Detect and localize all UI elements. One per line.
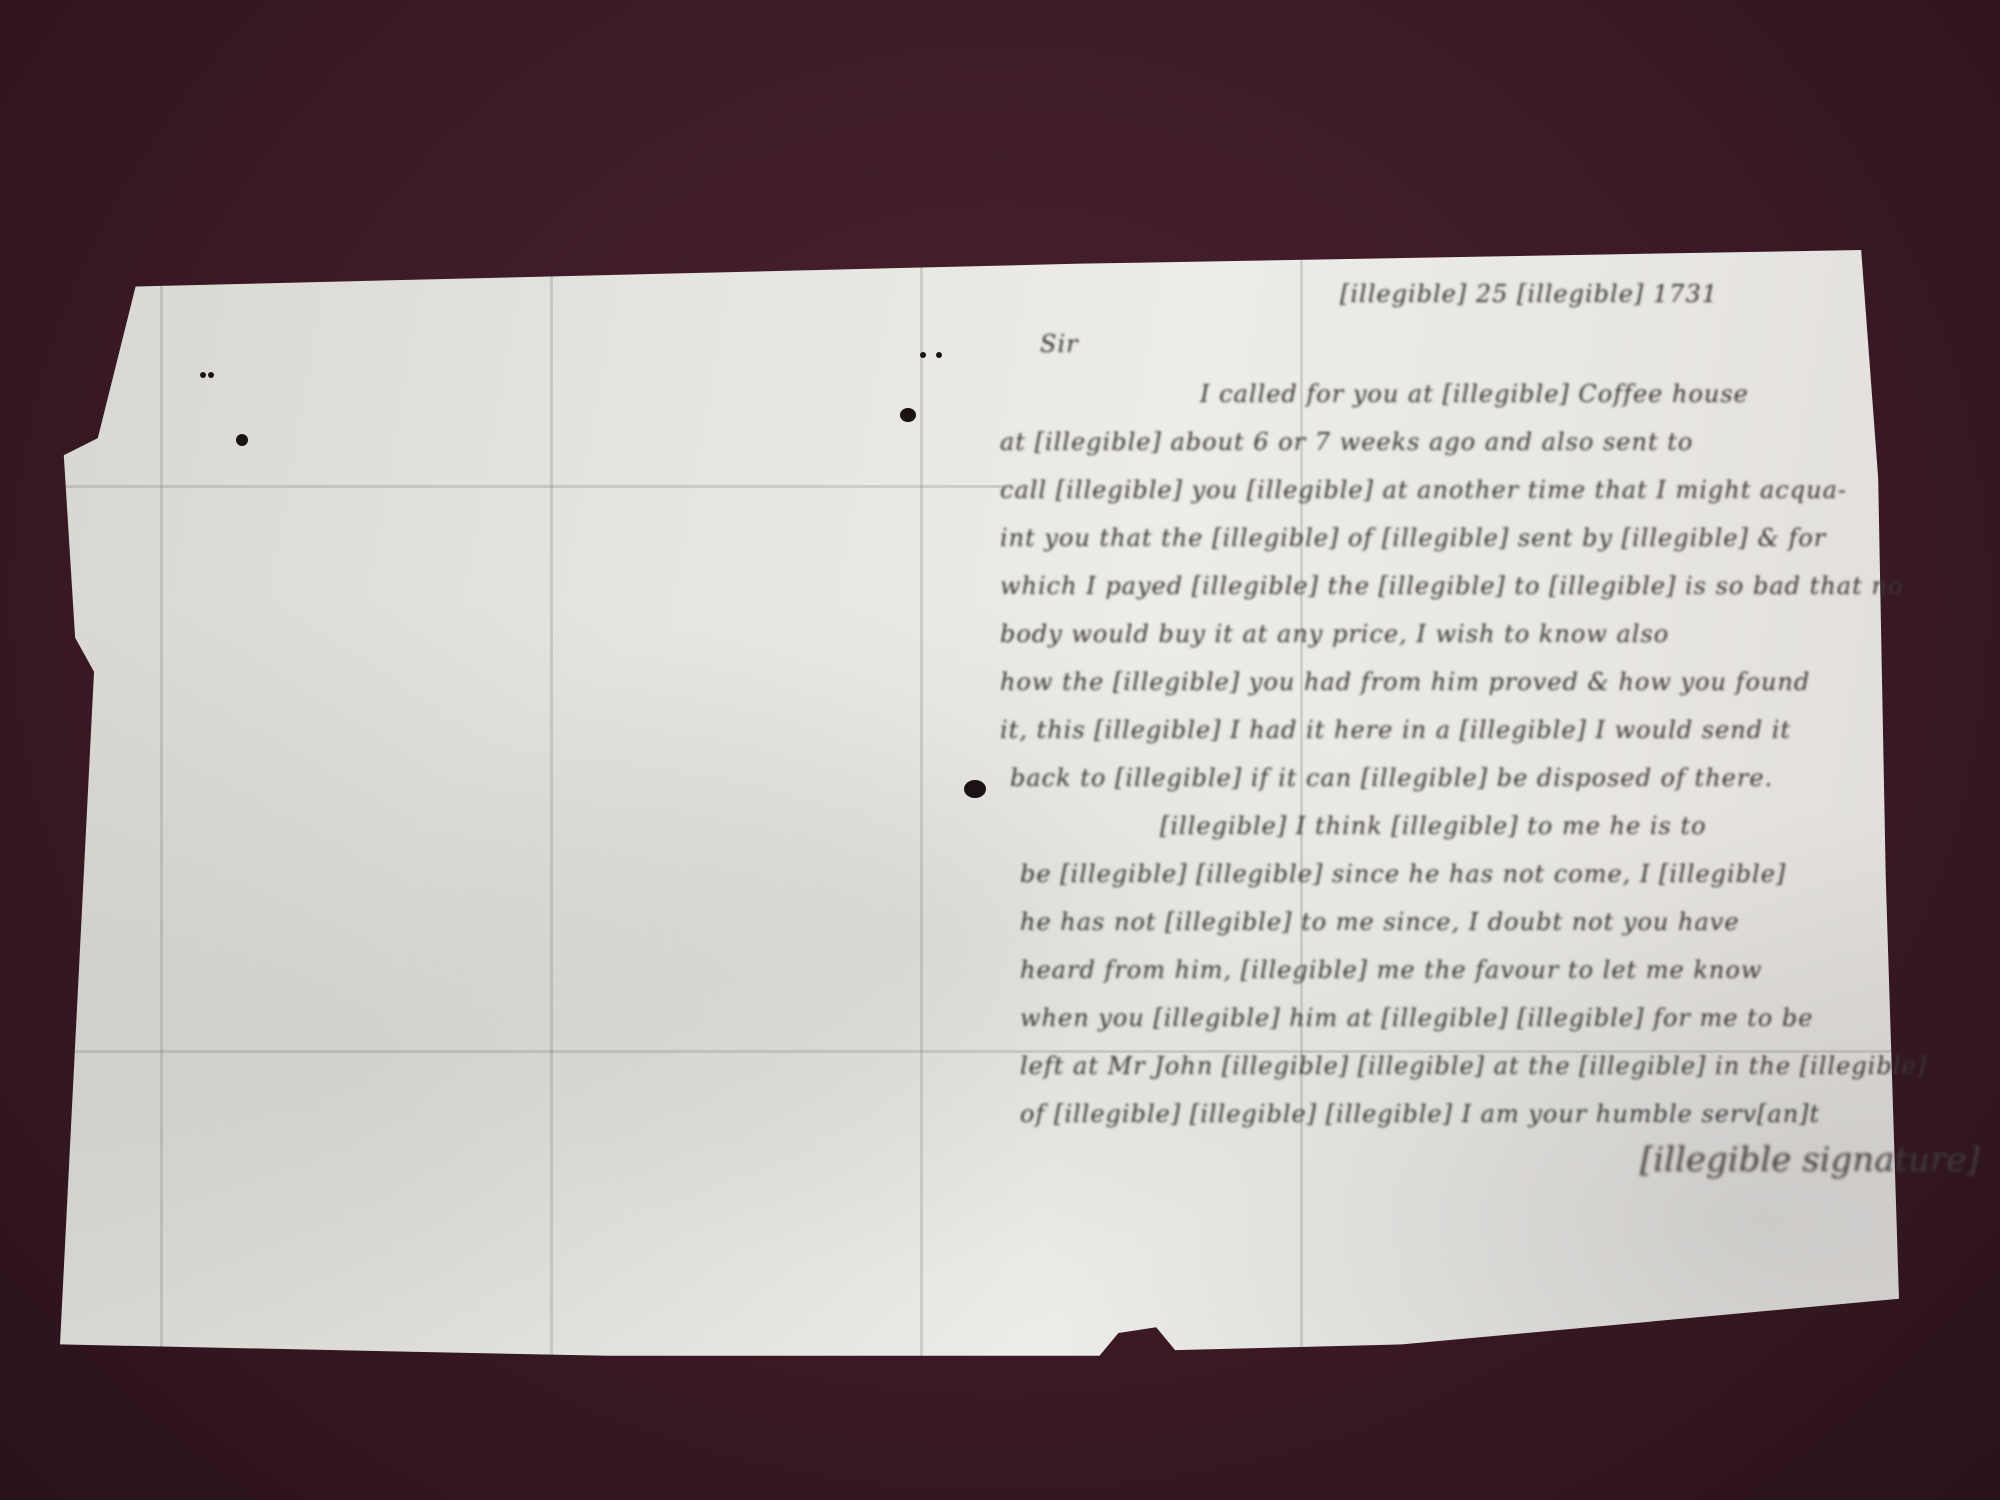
letter-line: at [illegible] about 6 or 7 weeks ago an… <box>1000 428 1693 456</box>
letter-line: how the [illegible] you had from him pro… <box>1000 668 1810 696</box>
pin-hole <box>920 352 926 358</box>
signature: [illegible signature] <box>1640 1140 1980 1180</box>
pin-hole <box>200 372 206 378</box>
fold-crease <box>550 250 553 1390</box>
pin-hole <box>208 372 214 378</box>
letter-line: be [illegible] [illegible] since he has … <box>1020 860 1786 888</box>
pin-hole <box>936 352 942 358</box>
letter-line: int you that the [illegible] of [illegib… <box>1000 524 1826 552</box>
letter-line: body would buy it at any price, I wish t… <box>1000 620 1669 648</box>
fold-crease <box>60 485 1005 488</box>
fold-crease <box>160 250 163 1390</box>
letter-line: I called for you at [illegible] Coffee h… <box>1200 380 1749 408</box>
fold-crease <box>920 250 923 1390</box>
letter-photograph: [illegible] 25 [illegible] 1731 Sir I ca… <box>0 0 2000 1500</box>
wax-mark <box>236 434 248 446</box>
letter-line: it, this [illegible] I had it here in a … <box>1000 716 1791 744</box>
dateline: [illegible] 25 [illegible] 1731 <box>1340 280 1718 308</box>
salutation: Sir <box>1040 330 1079 358</box>
letter-line: [illegible] I think [illegible] to me he… <box>1160 812 1707 840</box>
letter-line: when you [illegible] him at [illegible] … <box>1020 1004 1813 1032</box>
letter-line: heard from him, [illegible] me the favou… <box>1020 956 1762 984</box>
letter-line: back to [illegible] if it can [illegible… <box>1010 764 1773 792</box>
wax-mark <box>964 780 986 798</box>
letter-line: of [illegible] [illegible] [illegible] I… <box>1020 1100 1820 1128</box>
letter-line: which I payed [illegible] the [illegible… <box>1000 572 1903 600</box>
letter-line: call [illegible] you [illegible] at anot… <box>1000 476 1847 504</box>
letter-line: he has not [illegible] to me since, I do… <box>1020 908 1740 936</box>
wax-mark <box>900 408 916 422</box>
letter-line: left at Mr John [illegible] [illegible] … <box>1020 1052 1927 1080</box>
